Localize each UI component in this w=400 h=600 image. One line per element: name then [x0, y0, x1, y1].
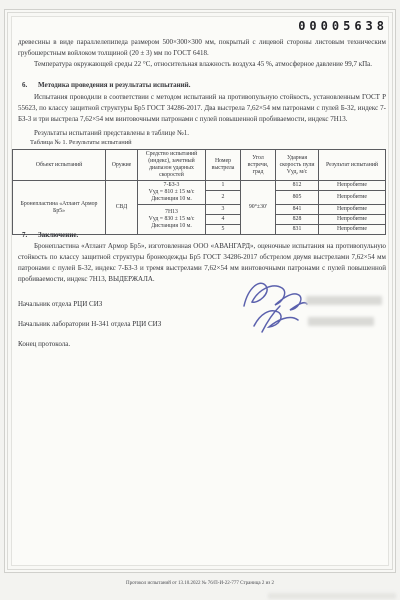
stamp-number: 00005638	[298, 19, 388, 33]
header-speed: Ударная скорость пули Vуд, м/с	[276, 150, 319, 181]
means-line: Vуд = 830 ± 15 м/с	[140, 216, 203, 223]
means-line: 7Н13	[140, 209, 203, 216]
header-result: Результат испытаний	[319, 150, 386, 181]
cell-shot: 3	[206, 205, 241, 215]
redaction-bar	[306, 296, 382, 305]
signature-title-department-head: Начальник отдела РЦИ СИЗ	[18, 300, 102, 308]
paragraph-results-ref: Результаты испытаний представлены в табл…	[18, 129, 386, 137]
section-7-heading: 7. Заключение.	[22, 231, 382, 239]
paragraph-conclusion: Бронепластина «Атлант Армор Бр5», изгото…	[18, 241, 386, 285]
cell-weapon: СВД	[106, 181, 138, 235]
table-row: Бронепластина «Атлант Армор Бр5» СВД 7-Б…	[13, 181, 386, 191]
cell-speed: 812	[276, 181, 319, 191]
section-7-number: 7.	[22, 231, 38, 239]
page-footer: Протокол испытаний от 13.10.2022 № 76/П-…	[0, 581, 400, 586]
cell-means-group2: 7Н13 Vуд = 830 ± 15 м/с Дистанция 10 м.	[138, 205, 206, 235]
means-line: Vуд = 810 ± 15 м/с	[140, 189, 203, 196]
means-line: Дистанция 10 м.	[140, 196, 203, 203]
paragraph-method: Испытания проводили в соответствии с мет…	[18, 92, 386, 125]
scanned-protocol-page: 00005638 древесины в виде параллелепипед…	[0, 0, 400, 600]
cell-speed: 841	[276, 205, 319, 215]
header-angle: Угол встречи, град	[241, 150, 276, 181]
section-7-title: Заключение.	[38, 231, 78, 239]
section-6-title: Методика проведения и результаты испытан…	[38, 81, 190, 89]
handwritten-signatures-icon	[238, 276, 310, 334]
end-of-protocol-note: Конец протокола.	[18, 340, 70, 348]
redaction-bar	[268, 593, 396, 599]
cell-shot: 2	[206, 191, 241, 205]
cell-shot: 4	[206, 215, 241, 225]
means-line: Дистанция 10 м.	[140, 223, 203, 230]
table-header-row: Объект испытаний Оружие Средство испытан…	[13, 150, 386, 181]
header-weapon: Оружие	[106, 150, 138, 181]
signature-title-lab-head: Начальник лаборатории Н-341 отдела РЦИ С…	[18, 320, 161, 328]
cell-result: Непробитие	[319, 181, 386, 191]
cell-object: Бронепластина «Атлант Армор Бр5»	[13, 181, 106, 235]
section-6-number: 6.	[22, 81, 38, 89]
cell-angle: 90°±30′	[241, 181, 276, 235]
cell-result: Непробитие	[319, 205, 386, 215]
cell-means-group1: 7-БЗ-3 Vуд = 810 ± 15 м/с Дистанция 10 м…	[138, 181, 206, 205]
redaction-bar	[308, 317, 374, 326]
header-object: Объект испытаний	[13, 150, 106, 181]
cell-shot: 1	[206, 181, 241, 191]
results-table: Объект испытаний Оружие Средство испытан…	[12, 149, 386, 235]
cell-speed: 805	[276, 191, 319, 205]
header-means: Средство испытаний (индекс), зачетный ди…	[138, 150, 206, 181]
paragraph-environment: Температура окружающей среды 22 °С, отно…	[18, 59, 386, 70]
header-shot-number: Номер выстрела	[206, 150, 241, 181]
paragraph-wood-block: древесины в виде параллелепипеда размеро…	[18, 37, 386, 59]
means-line: 7-БЗ-3	[140, 182, 203, 189]
section-6-heading: 6. Методика проведения и результаты испы…	[22, 81, 382, 89]
cell-result: Непробитие	[319, 191, 386, 205]
table-caption: Таблица № 1. Результаты испытаний	[30, 139, 132, 146]
cell-result: Непробитие	[319, 215, 386, 225]
cell-speed: 828	[276, 215, 319, 225]
